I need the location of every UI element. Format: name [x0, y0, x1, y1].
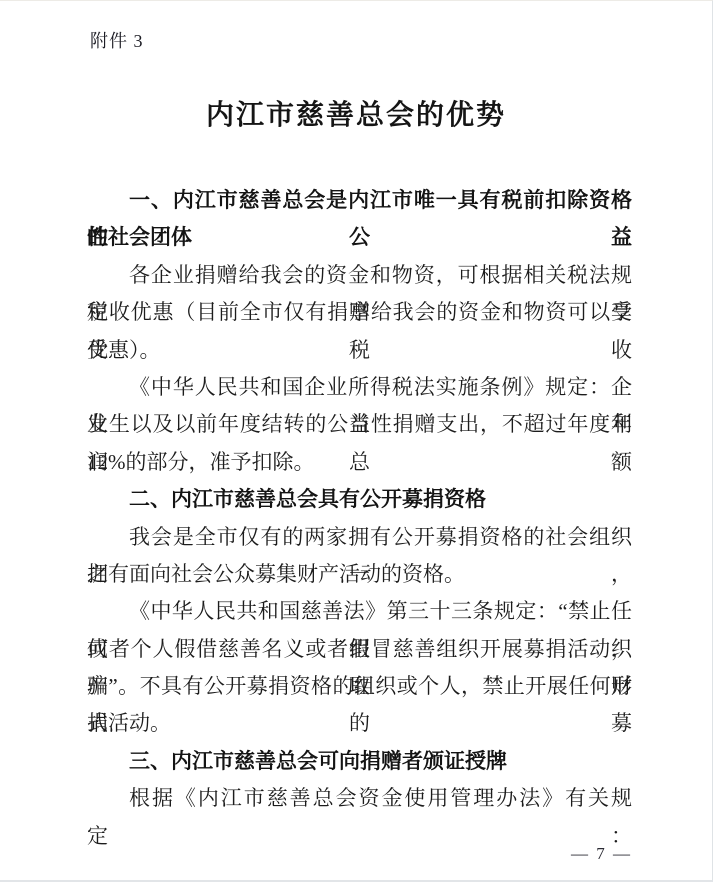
page-number: — 7 — — [571, 844, 632, 864]
body-line: 或者个人假借慈善名义或者假冒慈善组织开展募捐活动，骗取财 — [87, 631, 632, 668]
body-line: 各企业捐赠给我会的资金和物资，可根据相关税法规定享受 — [87, 257, 632, 294]
body-line: 我会是全市仅有的两家拥有公开募捐资格的社会组织之一， — [87, 519, 632, 556]
body-line: 产”。不具有公开募捐资格的组织或个人，禁止开展任何形式的募 — [87, 668, 632, 705]
body-line: 《中华人民共和国慈善法》第三十三条规定：“禁止任何组织 — [87, 593, 632, 630]
heading-line: 二、内江市慈善总会具有公开募捐资格 — [87, 481, 632, 518]
page-title: 内江市慈善总会的优势 — [0, 93, 712, 133]
body-line: 根据《内江市慈善总会资金使用管理办法》有关规定： — [87, 780, 632, 817]
heading-line: 三、内江市慈善总会可向捐赠者颁证授牌 — [87, 743, 632, 780]
document-body: 一、内江市慈善总会是内江市唯一具有税前扣除资格的公益性社会团体各企业捐赠给我会的… — [87, 182, 632, 818]
body-line: 发生以及以前年度结转的公益性捐赠支出，不超过年度利润总额 — [87, 406, 632, 443]
attachment-label: 附件 3 — [90, 27, 144, 53]
document-page: 附件 3 内江市慈善总会的优势 一、内江市慈善总会是内江市唯一具有税前扣除资格的… — [0, 0, 713, 882]
body-line: 税收优惠（目前全市仅有捐赠给我会的资金和物资可以享受税收 — [87, 294, 632, 331]
body-line: 《中华人民共和国企业所得税法实施条例》规定：企业当年 — [87, 369, 632, 406]
heading-line: 一、内江市慈善总会是内江市唯一具有税前扣除资格的公益 — [87, 182, 632, 219]
